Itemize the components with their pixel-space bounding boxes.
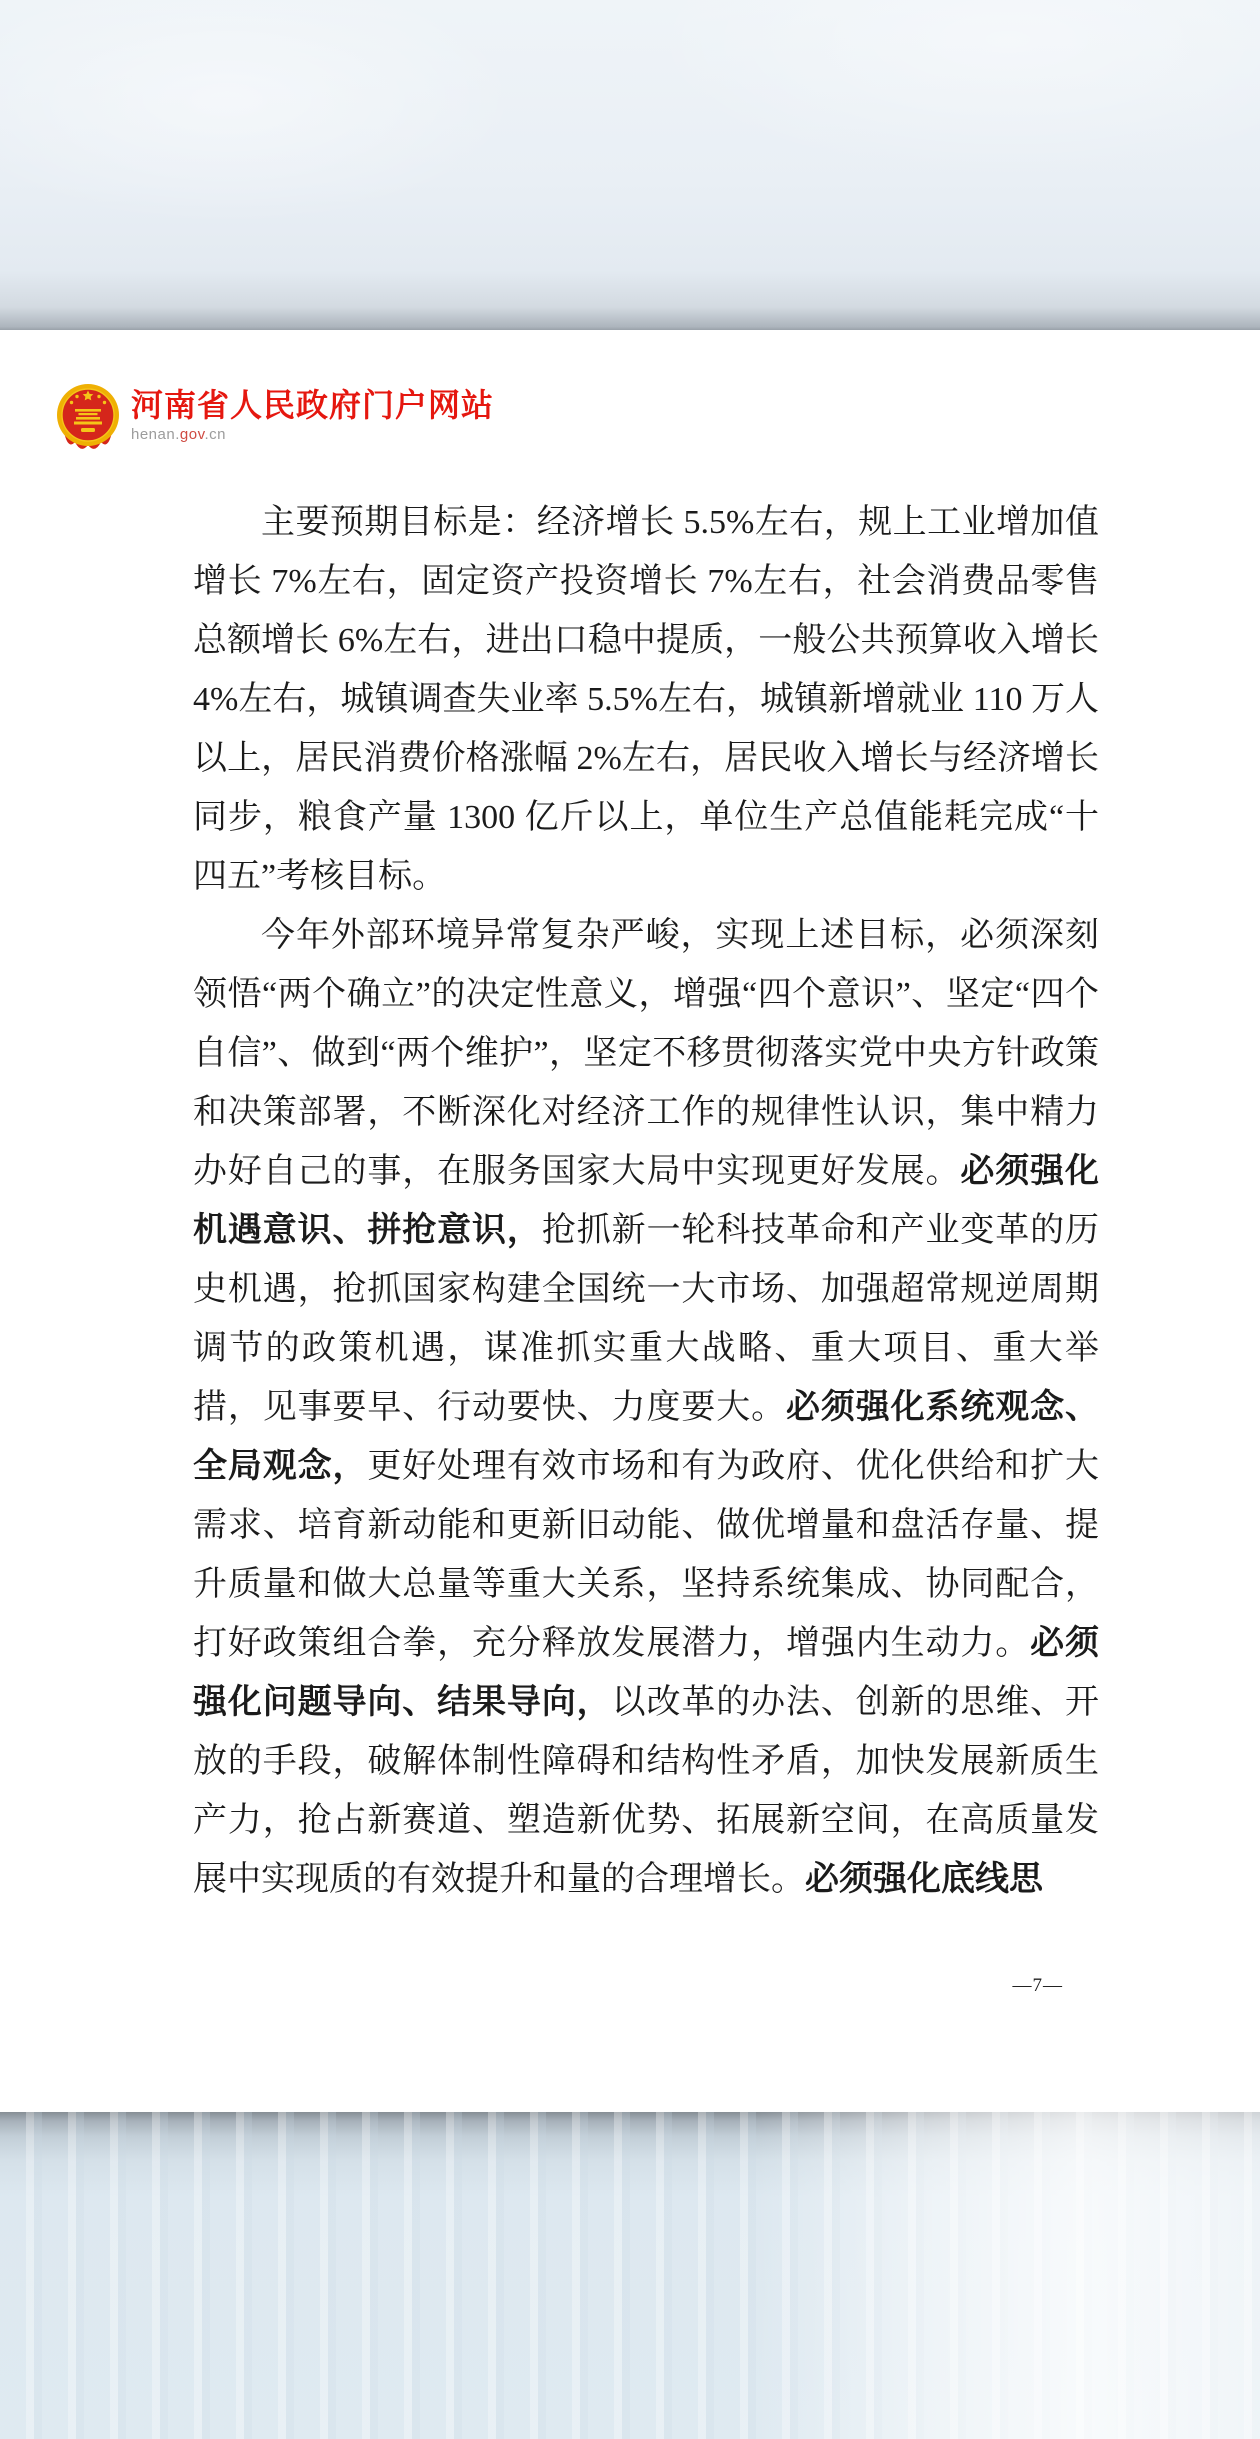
- site-titles: 河南省人民政府门户网站 henan.gov.cn: [131, 382, 494, 444]
- document-body-text: 主要预期目标是：经济增长 5.5%左右，规上工业增加值增长 7%左右，固定资产投…: [193, 493, 1099, 1909]
- site-domain-prefix: henan.: [131, 426, 180, 443]
- china-national-emblem-icon: [55, 382, 121, 458]
- background-bottom-blur: [0, 2112, 1260, 2439]
- text-run: 主要预期目标是：经济增长 5.5%左右，规上工业增加值增长 7%左右，固定资产投…: [193, 504, 1099, 895]
- emphasis-run: 必须强化底线思: [805, 1860, 1043, 1898]
- site-header: 河南省人民政府门户网站 henan.gov.cn: [55, 382, 494, 458]
- page-number: —7—: [1013, 1975, 1064, 1997]
- background-top-blur: [0, 0, 1260, 330]
- paragraph-targets: 主要预期目标是：经济增长 5.5%左右，规上工业增加值增长 7%左右，固定资产投…: [193, 493, 1099, 906]
- site-domain: henan.gov.cn: [131, 426, 494, 444]
- site-domain-gov: gov: [180, 426, 205, 443]
- site-domain-suffix: .cn: [204, 426, 226, 443]
- site-title: 河南省人民政府门户网站: [131, 386, 494, 424]
- paragraph-requirements: 今年外部环境异常复杂严峻，实现上述目标，必须深刻领悟“两个确立”的决定性意义，增…: [193, 906, 1099, 1909]
- text-run: 今年外部环境异常复杂严峻，实现上述目标，必须深刻领悟“两个确立”的决定性意义，增…: [193, 917, 1099, 1190]
- document-page: 河南省人民政府门户网站 henan.gov.cn 主要预期目标是：经济增长 5.…: [0, 330, 1260, 2112]
